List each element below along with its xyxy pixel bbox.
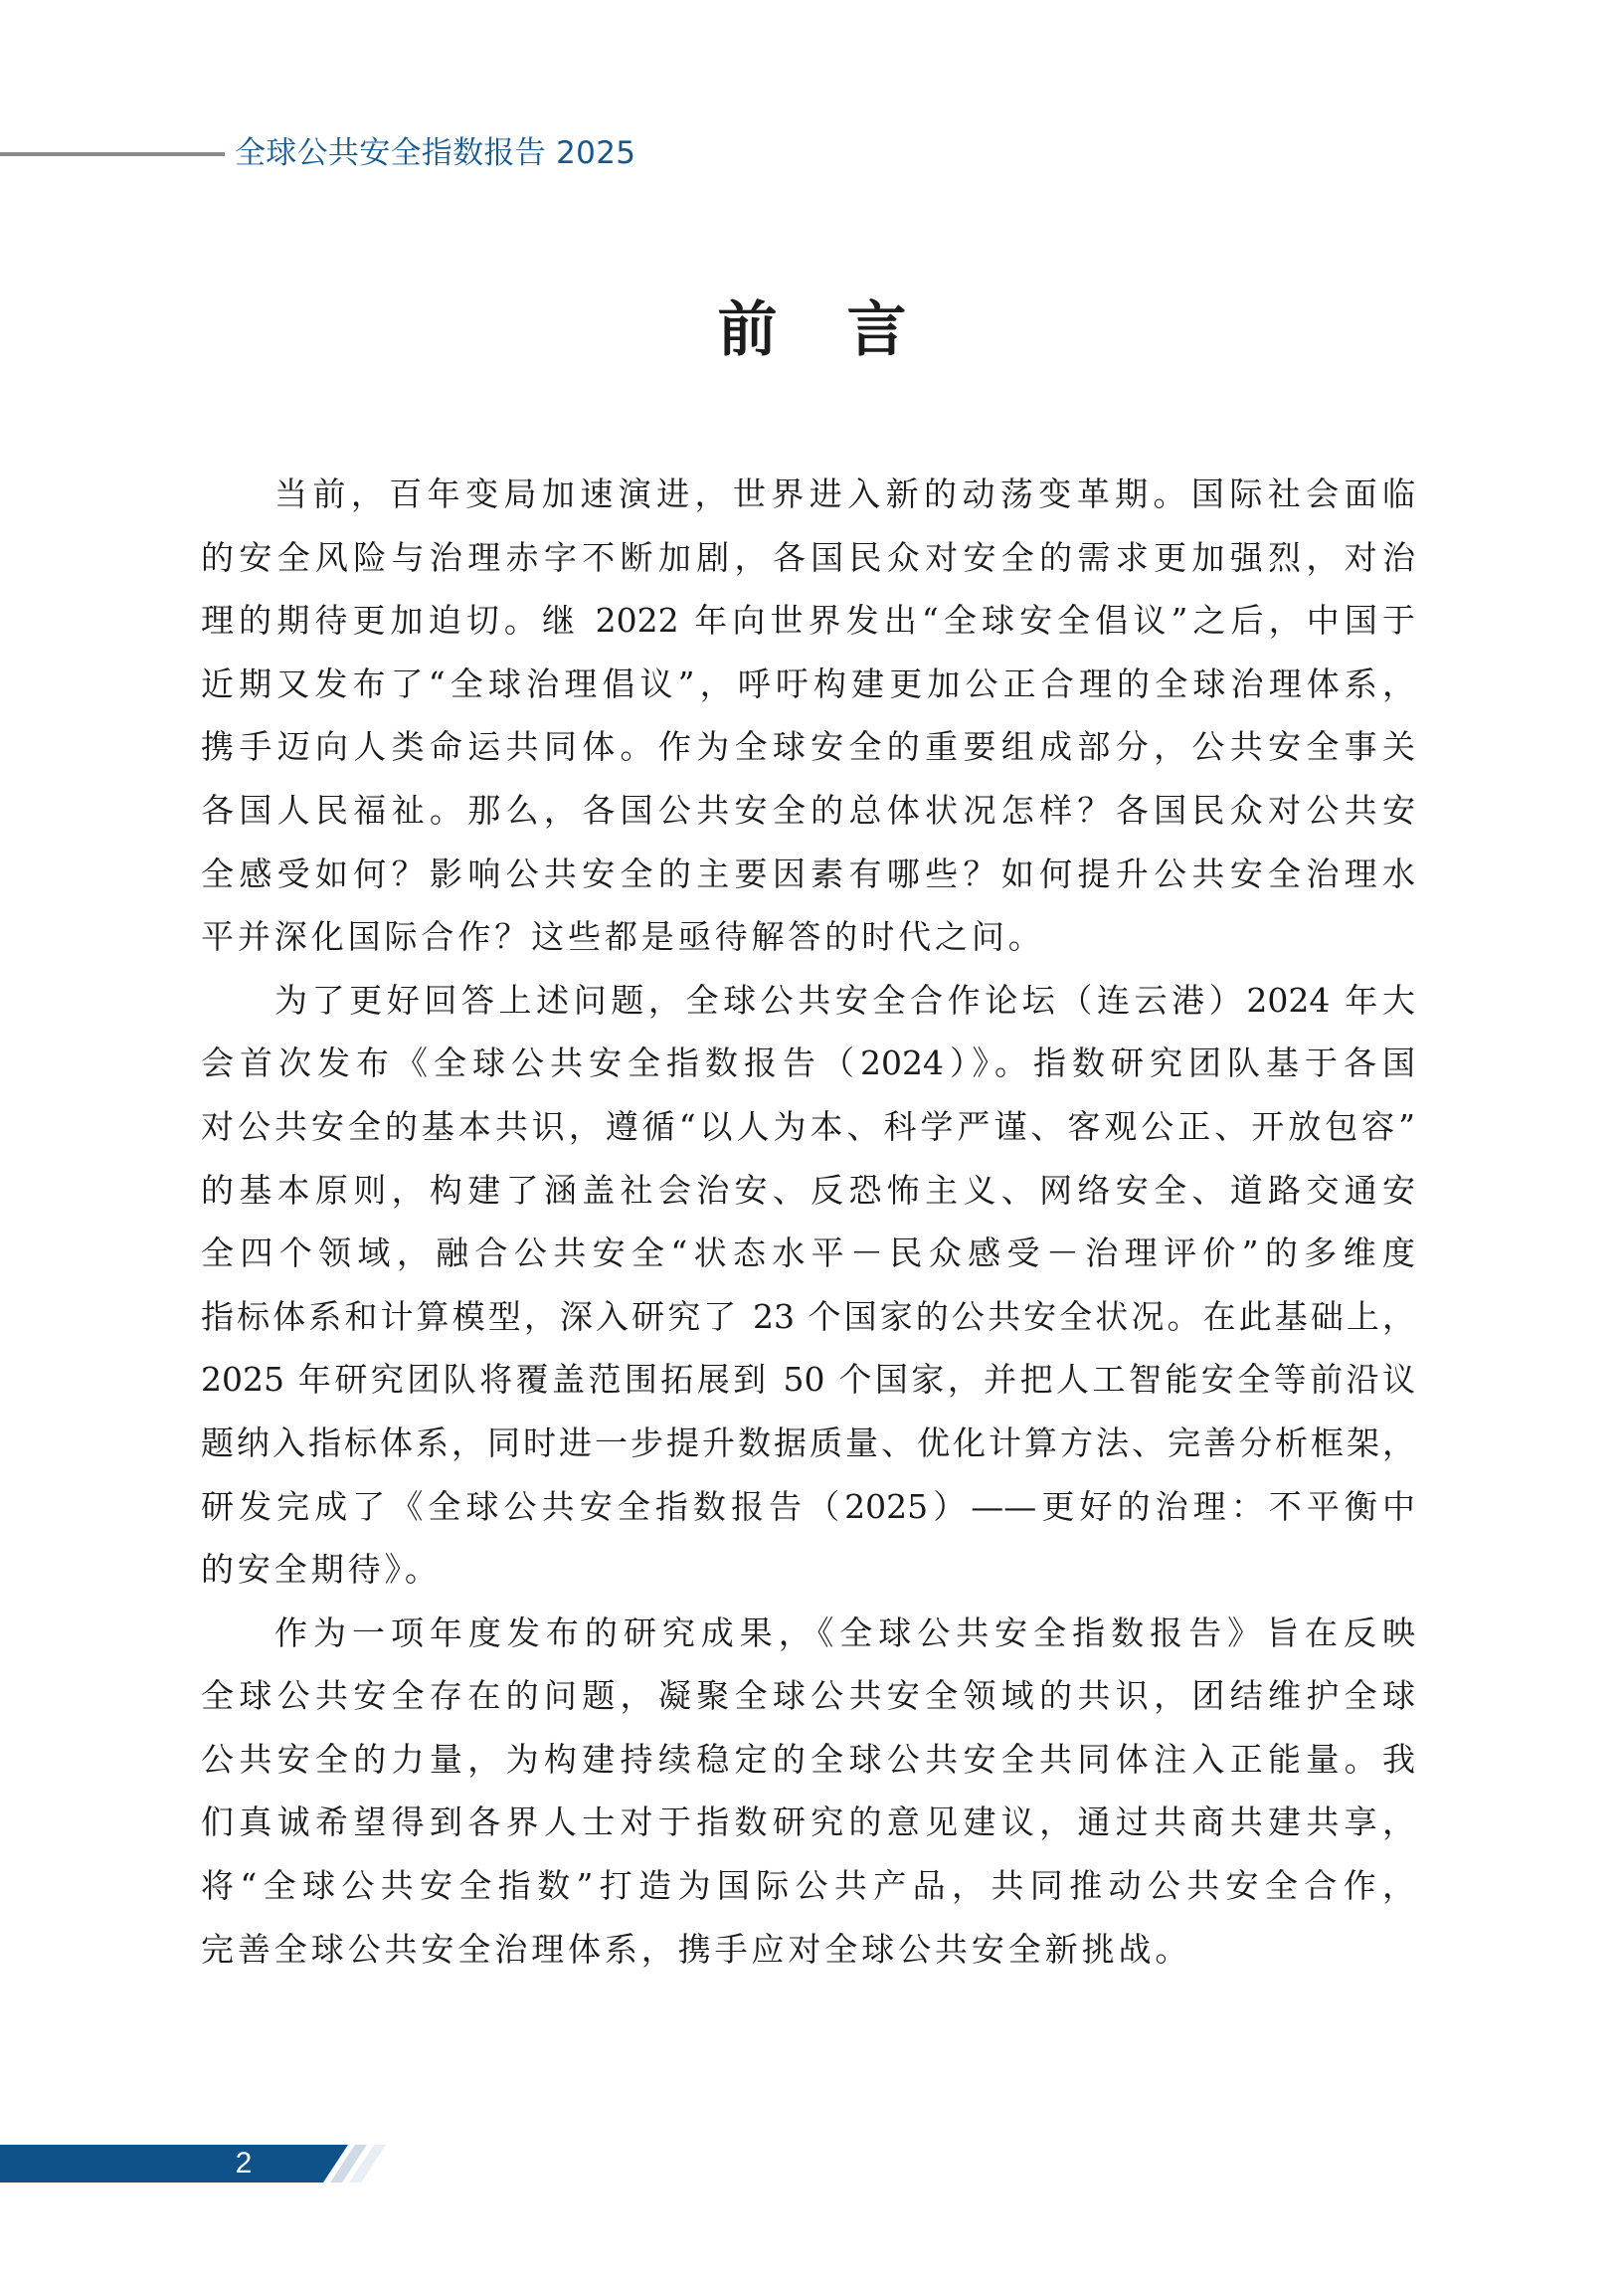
text-line: 完善全球公共安全治理体系，携手应对全球公共安全新挑战。 <box>201 1927 1415 1991</box>
text-line: 2025 年研究团队将覆盖范围拓展到 50 个国家，并把人工智能安全等前沿议 <box>201 1357 1415 1421</box>
title-char-2: 言 <box>847 294 907 366</box>
text-line: 作为一项年度发布的研究成果，《全球公共安全指数报告》旨在反映 <box>201 1611 1415 1674</box>
text-line: 近期又发布了“全球治理倡议”，呼吁构建更加公正合理的全球治理体系， <box>201 662 1415 725</box>
text-line: 们真诚希望得到各界人士对于指数研究的意见建议，通过共商共建共享， <box>201 1800 1415 1863</box>
text-line: 的安全风险与治理赤字不断加剧，各国民众对安全的需求更加强烈，对治 <box>201 535 1415 599</box>
text-line: 研发完成了《全球公共安全指数报告（2025）——更好的治理：不平衡中 <box>201 1484 1415 1548</box>
text-line: 的基本原则，构建了涵盖社会治安、反恐怖主义、网络安全、道路交通安 <box>201 1168 1415 1232</box>
text-line: 各国人民福祉。那么，各国公共安全的总体状况怎样？各国民众对公共安 <box>201 788 1415 852</box>
text-line: 全球公共安全存在的问题，凝聚全球公共安全领域的共识，团结维护全球 <box>201 1673 1415 1737</box>
text-line: 将“全球公共安全指数”打造为国际公共产品，共同推动公共安全合作， <box>201 1863 1415 1927</box>
text-line: 公共安全的力量，为构建持续稳定的全球公共安全共同体注入正能量。我 <box>201 1737 1415 1801</box>
text-line: 对公共安全的基本共识，遵循“以人为本、科学严谨、客观公正、开放包容” <box>201 1104 1415 1168</box>
page-number: 2 <box>224 2145 264 2183</box>
text-line: 会首次发布《全球公共安全指数报告（2024）》。指数研究团队基于各国 <box>201 1041 1415 1104</box>
preface-body: 当前，百年变局加速演进，世界进入新的动荡变革期。国际社会面临 的安全风险与治理赤… <box>201 472 1415 1990</box>
text-line: 携手迈向人类命运共同体。作为全球安全的重要组成部分，公共安全事关 <box>201 724 1415 788</box>
running-header-title: 全球公共安全指数报告 2025 <box>235 133 635 173</box>
text-line: 的安全期待》。 <box>201 1547 1415 1611</box>
title-char-1: 前 <box>718 294 778 366</box>
text-line: 全感受如何？影响公共安全的主要因素有哪些？如何提升公共安全治理水 <box>201 852 1415 915</box>
text-line: 题纳入指标体系，同时进一步提升数据质量、优化计算方法、完善分析框架， <box>201 1421 1415 1484</box>
text-line: 理的期待更加迫切。继 2022 年向世界发出“全球安全倡议”之后，中国于 <box>201 598 1415 662</box>
paragraph-2: 为了更好回答上述问题，全球公共安全合作论坛（连云港）2024 年大 会首次发布《… <box>201 978 1415 1611</box>
text-line: 为了更好回答上述问题，全球公共安全合作论坛（连云港）2024 年大 <box>201 978 1415 1042</box>
footer-page-band <box>0 2145 398 2183</box>
text-line: 指标体系和计算模型，深入研究了 23 个国家的公共安全状况。在此基础上， <box>201 1294 1415 1358</box>
paragraph-1: 当前，百年变局加速演进，世界进入新的动荡变革期。国际社会面临 的安全风险与治理赤… <box>201 472 1415 978</box>
paragraph-3: 作为一项年度发布的研究成果，《全球公共安全指数报告》旨在反映 全球公共安全存在的… <box>201 1611 1415 1991</box>
page-title: 前言 <box>0 294 1624 366</box>
header-rule <box>0 152 225 156</box>
text-line: 平并深化国际合作？这些都是亟待解答的时代之问。 <box>201 914 1415 978</box>
text-line: 当前，百年变局加速演进，世界进入新的动荡变革期。国际社会面临 <box>201 472 1415 535</box>
text-line: 全四个领域，融合公共安全“状态水平－民众感受－治理评价”的多维度 <box>201 1231 1415 1294</box>
